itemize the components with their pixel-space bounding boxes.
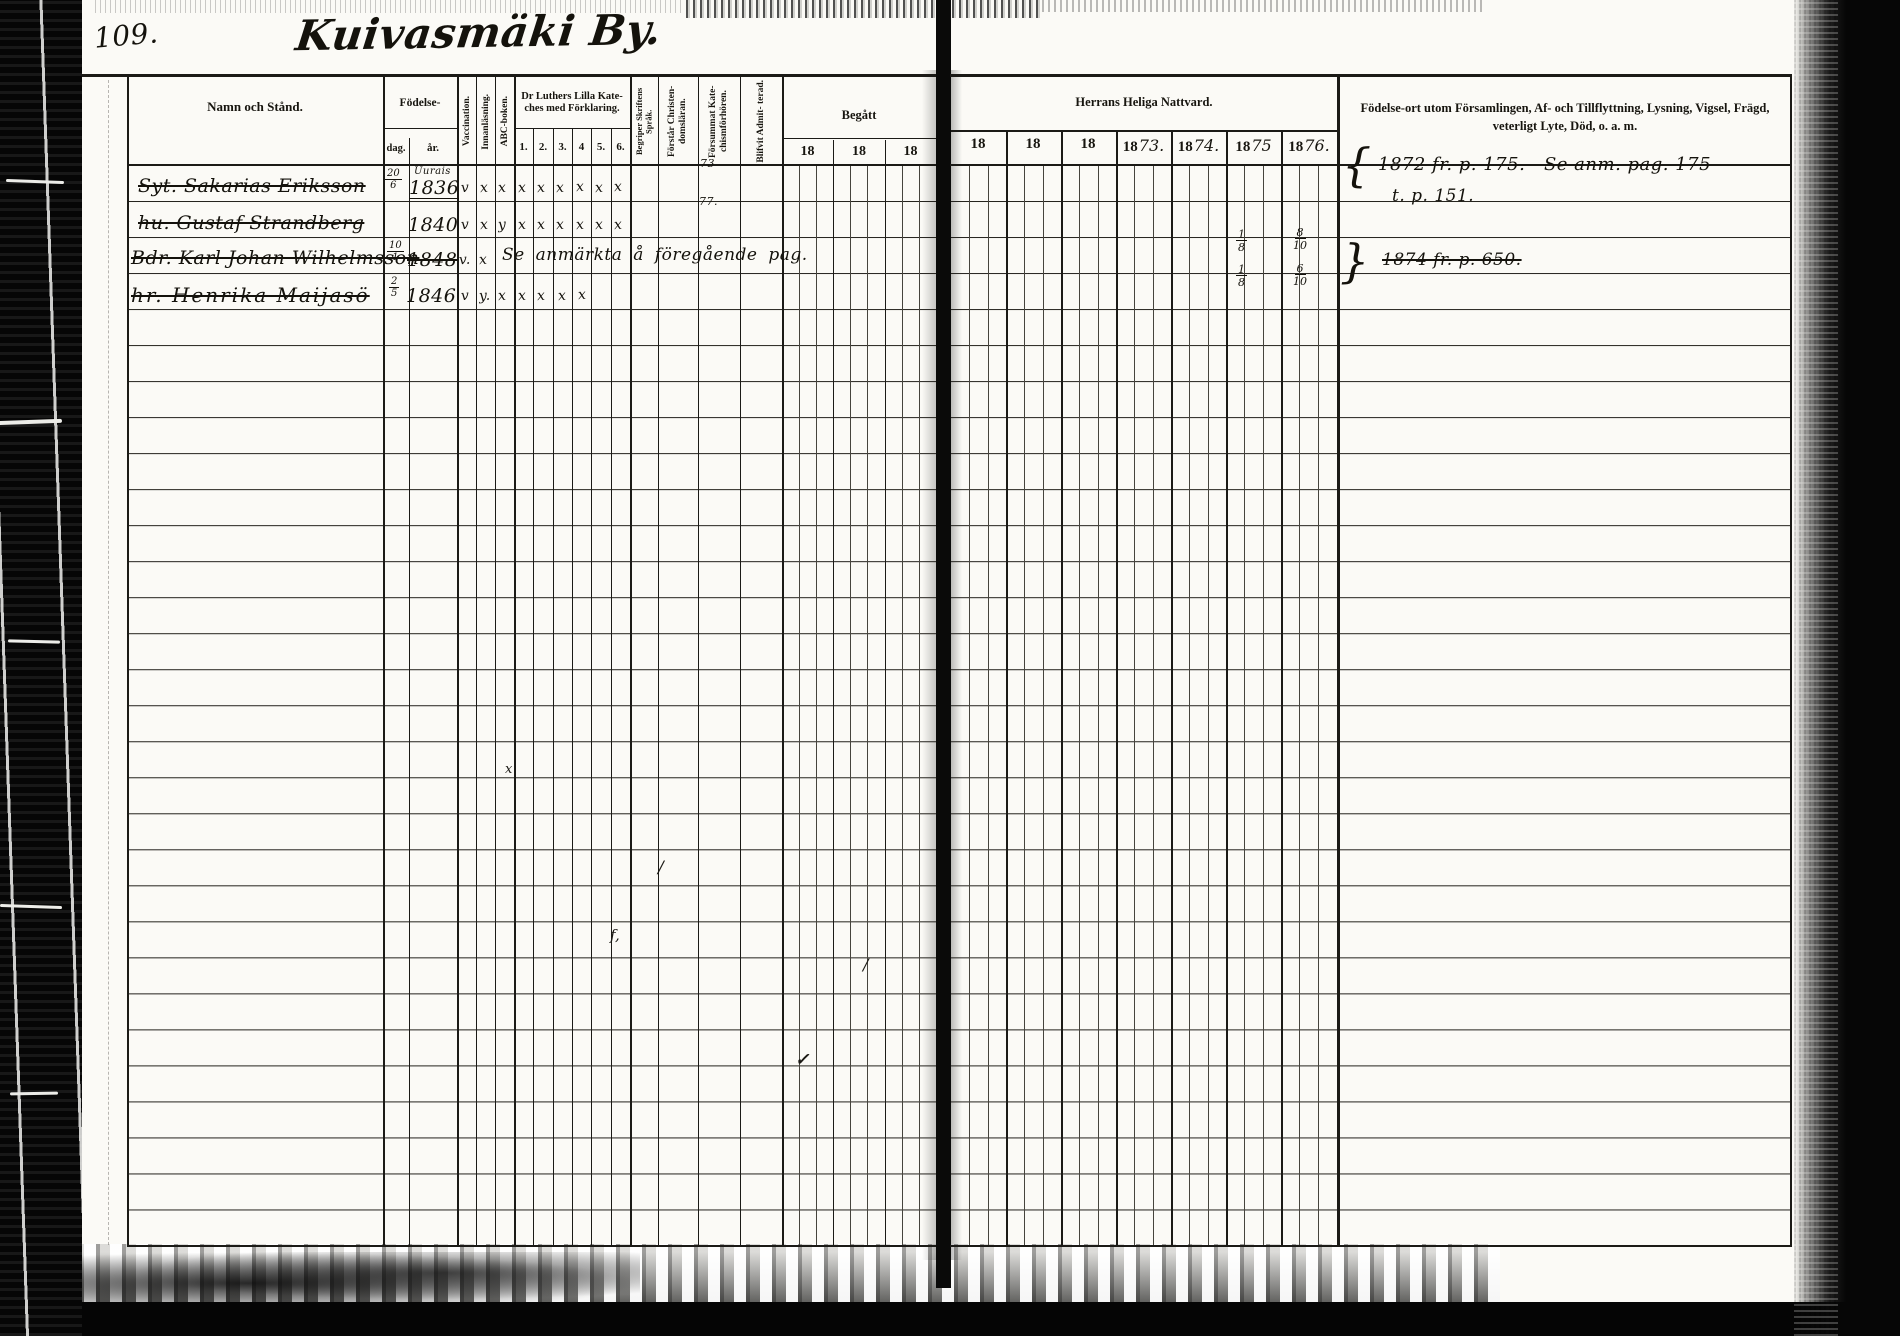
grid-vline bbox=[611, 128, 612, 1247]
birth-year: 1840 bbox=[408, 216, 458, 235]
day-numerator: 2 bbox=[389, 277, 399, 288]
grid-vline bbox=[127, 77, 129, 1247]
catechism-mark: x bbox=[595, 218, 604, 233]
grid-hline bbox=[950, 74, 1792, 77]
grid-hline bbox=[782, 138, 936, 139]
birth-day: 101 bbox=[387, 241, 404, 263]
grid-vline bbox=[1208, 166, 1209, 1247]
vaccination-mark: v bbox=[461, 218, 470, 233]
day-denominator: 1 bbox=[392, 252, 398, 263]
date-numerator: 8 bbox=[1295, 227, 1306, 239]
grid-vline bbox=[919, 166, 920, 1247]
grid-vline bbox=[572, 128, 573, 1247]
scan-left-black-edge bbox=[0, 0, 82, 1336]
grid-vline bbox=[1244, 166, 1245, 1247]
grid-vline bbox=[1024, 166, 1025, 1247]
year-script: 74. bbox=[1194, 136, 1219, 155]
catechism-col-3: 3. bbox=[553, 130, 572, 164]
year-col-1873: 1873. bbox=[1116, 136, 1171, 164]
vaccination-mark: v bbox=[461, 181, 470, 196]
catechism-mark: x bbox=[576, 180, 585, 195]
catechism-col-6: 6. bbox=[611, 130, 630, 164]
date-denominator: 10 bbox=[1293, 239, 1307, 251]
year-printed: 18 bbox=[1123, 139, 1138, 156]
col-header-admitted: Blifvit Admit- terad. bbox=[740, 79, 782, 164]
abc-mark: y bbox=[498, 218, 507, 233]
grid-vline bbox=[1299, 166, 1300, 1247]
year-printed: 18 bbox=[1081, 136, 1096, 153]
catechism-mark: x bbox=[576, 218, 585, 233]
col-header-missed: Försummat Kate- chismförhören. bbox=[698, 79, 740, 164]
missed-mark: 73 bbox=[700, 158, 715, 169]
grid-vline bbox=[1098, 166, 1099, 1247]
grid-vline bbox=[1006, 130, 1008, 1247]
stray-ink-mark: x bbox=[505, 762, 512, 777]
grid-vline bbox=[1790, 77, 1792, 1247]
year-col-3: 18 bbox=[1061, 136, 1116, 164]
grid-vline bbox=[1134, 166, 1135, 1247]
catechism-mark: x bbox=[558, 289, 567, 304]
scripture-label: Begriper Skriftens Språk. bbox=[635, 79, 654, 164]
record-name: hu. Gustaf Strandberg bbox=[138, 214, 364, 233]
spanning-note: Se anmärkta å föregående pag. bbox=[502, 247, 808, 264]
scan-right-edge-grain bbox=[1794, 0, 1838, 1336]
left-table-grid bbox=[127, 166, 936, 1247]
vaccination-mark: v bbox=[461, 289, 470, 304]
col-header-birth-day: dag. bbox=[383, 132, 409, 164]
communion-year-left-3: 18 bbox=[885, 140, 936, 164]
scanned-parish-register-page: 109. Kuivasmäki By. Namn och Stånd. Föde… bbox=[0, 0, 1900, 1336]
margin-note: 1872 fr. p. 175. Se anm. pag. 175 bbox=[1378, 156, 1711, 174]
date-denominator: 8 bbox=[1238, 276, 1245, 288]
grid-vline bbox=[1061, 130, 1063, 1247]
vaccination-label: Vaccination. bbox=[462, 96, 472, 146]
col-header-understands: Förstår Christen- domsläran. bbox=[658, 79, 698, 164]
abc-book-label: ABC-boken. bbox=[500, 96, 510, 146]
year-printed: 18 bbox=[1235, 139, 1250, 156]
grid-vline bbox=[1189, 166, 1190, 1247]
reading-mark: x bbox=[480, 181, 489, 196]
year-script: 75 bbox=[1251, 136, 1271, 155]
catechism-mark: x bbox=[518, 218, 527, 233]
grid-vline bbox=[902, 166, 903, 1247]
col-header-communion-right: Herrans Heliga Nattvard. bbox=[951, 88, 1337, 116]
catechism-mark: x bbox=[556, 181, 565, 196]
day-numerator: 20 bbox=[385, 169, 402, 180]
grid-vline bbox=[885, 140, 886, 1247]
grid-vline bbox=[988, 166, 989, 1247]
year-printed: 18 bbox=[1288, 139, 1303, 156]
record-name: Syt. Sakarias Eriksson bbox=[138, 177, 366, 196]
year-printed: 18 bbox=[1178, 139, 1193, 156]
day-numerator: 10 bbox=[387, 241, 404, 252]
stray-ink-mark: f, bbox=[610, 926, 620, 944]
day-denominator: 6 bbox=[390, 180, 396, 191]
day-denominator: 5 bbox=[391, 288, 397, 299]
grid-vline bbox=[1263, 166, 1264, 1247]
left-margin-crease bbox=[108, 80, 109, 1245]
admitted-label: Blifvit Admit- terad. bbox=[756, 80, 767, 163]
grid-hline bbox=[75, 74, 936, 77]
date-numerator: 6 bbox=[1295, 263, 1306, 275]
grid-vline bbox=[1226, 130, 1228, 1247]
col-header-birth-year: år. bbox=[409, 132, 457, 164]
grid-vline bbox=[553, 128, 554, 1247]
birth-day: 206 bbox=[385, 169, 402, 191]
catechism-mark: x bbox=[614, 180, 623, 195]
grid-hline bbox=[950, 1245, 1792, 1247]
grid-hline bbox=[383, 128, 457, 129]
date-numerator: 1 bbox=[1236, 264, 1247, 276]
grid-vline bbox=[533, 128, 534, 1247]
abc-mark: x bbox=[498, 289, 507, 304]
year-col-1874: 1874. bbox=[1171, 136, 1226, 164]
reading-mark: x bbox=[480, 218, 489, 233]
catechism-mark: x bbox=[537, 289, 546, 304]
catechism-mark: x bbox=[537, 181, 546, 196]
grid-vline bbox=[799, 166, 800, 1247]
grid-vline bbox=[850, 166, 851, 1247]
reading-mark: x bbox=[479, 253, 488, 268]
grid-hline bbox=[127, 1245, 936, 1247]
birth-year: 1846 bbox=[406, 287, 456, 306]
col-header-name: Namn och Stånd. bbox=[127, 82, 383, 132]
scan-bottom-black-bar bbox=[0, 1302, 1900, 1336]
date-numerator: 1 bbox=[1236, 229, 1247, 241]
grid-vline bbox=[591, 128, 592, 1247]
grid-vline bbox=[495, 77, 496, 1247]
grid-vline bbox=[1318, 166, 1319, 1247]
grid-vline bbox=[969, 166, 970, 1247]
year-col-2: 18 bbox=[1006, 136, 1061, 164]
birth-day: 25 bbox=[389, 277, 399, 299]
grid-vline bbox=[867, 166, 868, 1247]
communion-1876-date: 610 bbox=[1293, 263, 1307, 287]
reading-label: Innanläsning. bbox=[481, 94, 491, 150]
col-header-vaccination: Vaccination. bbox=[457, 79, 476, 164]
missed-label: Försummat Kate- chismförhören. bbox=[708, 79, 730, 164]
reading-mark: y. bbox=[479, 289, 491, 304]
page-fold bbox=[936, 0, 951, 1288]
year-script: 76. bbox=[1304, 136, 1329, 155]
year-printed: 18 bbox=[971, 136, 986, 153]
col-header-notes: Födelse-ort utom Församlingen, Af- och T… bbox=[1360, 85, 1770, 149]
note-brace: } bbox=[1340, 238, 1369, 284]
vaccination-mark: v. bbox=[459, 253, 472, 268]
catechism-mark: x bbox=[578, 288, 587, 303]
grid-vline bbox=[1079, 166, 1080, 1247]
col-header-reading: Innanläsning. bbox=[476, 79, 495, 164]
grid-vline bbox=[1171, 130, 1173, 1247]
catechism-mark: x bbox=[595, 181, 604, 196]
margin-note: t. p. 151. bbox=[1392, 188, 1474, 205]
col-header-scripture: Begriper Skriftens Språk. bbox=[630, 79, 658, 164]
page-number: 109. bbox=[93, 19, 160, 53]
right-table-grid bbox=[951, 166, 1790, 1247]
year-printed: 18 bbox=[1026, 136, 1041, 153]
catechism-col-5: 5. bbox=[591, 130, 611, 164]
record-name: Bdr. Karl Johan Wilhelmsson bbox=[131, 249, 419, 268]
grid-vline bbox=[1043, 166, 1044, 1247]
margin-note: 1874 fr. p. 650. bbox=[1382, 252, 1522, 269]
birth-year: 1836 bbox=[409, 179, 459, 199]
catechism-mark: x bbox=[518, 289, 527, 304]
communion-1876-date: 810 bbox=[1293, 227, 1307, 251]
year-col-1: 18 bbox=[951, 136, 1006, 164]
col-header-catechism-group: Dr Luthers Lilla Kate- ches med Förklari… bbox=[516, 80, 628, 126]
catechism-mark: x bbox=[537, 218, 546, 233]
grid-hline bbox=[951, 130, 1337, 132]
catechism-mark: x bbox=[614, 218, 623, 233]
catechism-mark: x bbox=[556, 218, 565, 233]
col-header-communion-left: Begått bbox=[782, 100, 936, 130]
year-col-1876: 1876. bbox=[1281, 136, 1337, 164]
catechism-col-2: 2. bbox=[533, 130, 553, 164]
catechism-col-1: 1. bbox=[514, 130, 533, 164]
catechism-col-4: 4 bbox=[572, 130, 591, 164]
year-script: 73. bbox=[1139, 136, 1164, 155]
col-header-birth-group: Födelse- bbox=[383, 82, 457, 124]
birth-year: 1848 bbox=[407, 251, 457, 270]
year-col-1875: 1875 bbox=[1226, 136, 1281, 164]
abc-mark: x bbox=[498, 181, 507, 196]
scan-noise-bottom-smudge bbox=[80, 1252, 640, 1304]
grid-vline bbox=[1116, 130, 1118, 1247]
understands-label: Förstår Christen- domsläran. bbox=[667, 79, 689, 164]
note-brace: { bbox=[1342, 142, 1371, 188]
grid-vline bbox=[816, 166, 817, 1247]
stray-ink-mark: ✓ bbox=[795, 1050, 809, 1070]
page-title: Kuivasmäki By. bbox=[293, 9, 663, 57]
stray-ink-mark: / bbox=[658, 858, 664, 878]
communion-year-left-2: 18 bbox=[833, 140, 885, 164]
communion-1875-date: 18 bbox=[1236, 264, 1247, 288]
scan-noise-top-stripes bbox=[686, 0, 1042, 18]
communion-year-left-1: 18 bbox=[782, 140, 833, 164]
scan-noise-top-right bbox=[1042, 0, 1482, 12]
date-denominator: 10 bbox=[1293, 275, 1307, 287]
catechism-mark: x bbox=[518, 181, 527, 196]
grid-vline bbox=[1153, 166, 1154, 1247]
communion-1875-date: 18 bbox=[1236, 229, 1247, 253]
date-denominator: 8 bbox=[1238, 241, 1245, 253]
grid-hline bbox=[514, 128, 630, 129]
stray-ink-mark: / bbox=[863, 955, 868, 974]
missed-mark: 77. bbox=[699, 196, 718, 207]
grid-vline bbox=[833, 140, 834, 1247]
grid-vline bbox=[1281, 130, 1283, 1247]
col-header-abc-book: ABC-boken. bbox=[495, 79, 514, 164]
record-name: hr. Henrika Maijasö bbox=[131, 285, 370, 305]
birth-place: Uurais bbox=[414, 167, 451, 177]
grid-hline bbox=[127, 164, 936, 166]
grid-vline bbox=[476, 77, 477, 1247]
